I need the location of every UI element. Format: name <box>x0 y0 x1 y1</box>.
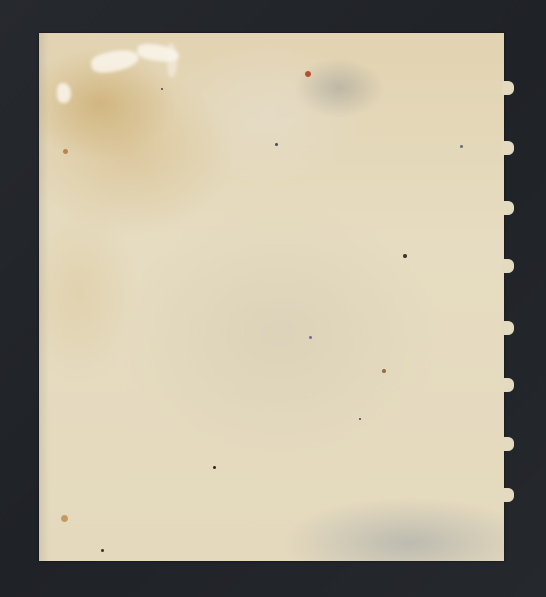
dark-speck <box>403 254 407 258</box>
perforation-tooth <box>502 141 514 155</box>
dark-speck <box>213 466 216 469</box>
dark-speck <box>359 418 361 420</box>
hinge-thin-spot <box>167 43 177 77</box>
dark-speck <box>275 143 278 146</box>
dark-speck <box>101 549 104 552</box>
perforation-tooth <box>502 81 514 95</box>
perforation-tooth <box>502 321 514 335</box>
perforation-tooth <box>502 259 514 273</box>
perforation-tooth <box>502 201 514 215</box>
perforation-tooth <box>502 488 514 502</box>
purple-speck <box>309 336 312 339</box>
hinge-thin-spot <box>57 83 71 103</box>
perforation-tooth <box>502 378 514 392</box>
red-speck <box>305 71 311 77</box>
perforation-tooth <box>502 437 514 451</box>
dark-speck <box>161 88 163 90</box>
dark-speck <box>460 145 463 148</box>
foxing-speck <box>63 149 68 154</box>
stamp-back <box>39 33 504 561</box>
stamp-paper-texture <box>39 33 504 561</box>
stamp-left-edge-shade <box>39 33 49 561</box>
foxing-speck <box>382 369 386 373</box>
foxing-speck <box>61 515 68 522</box>
